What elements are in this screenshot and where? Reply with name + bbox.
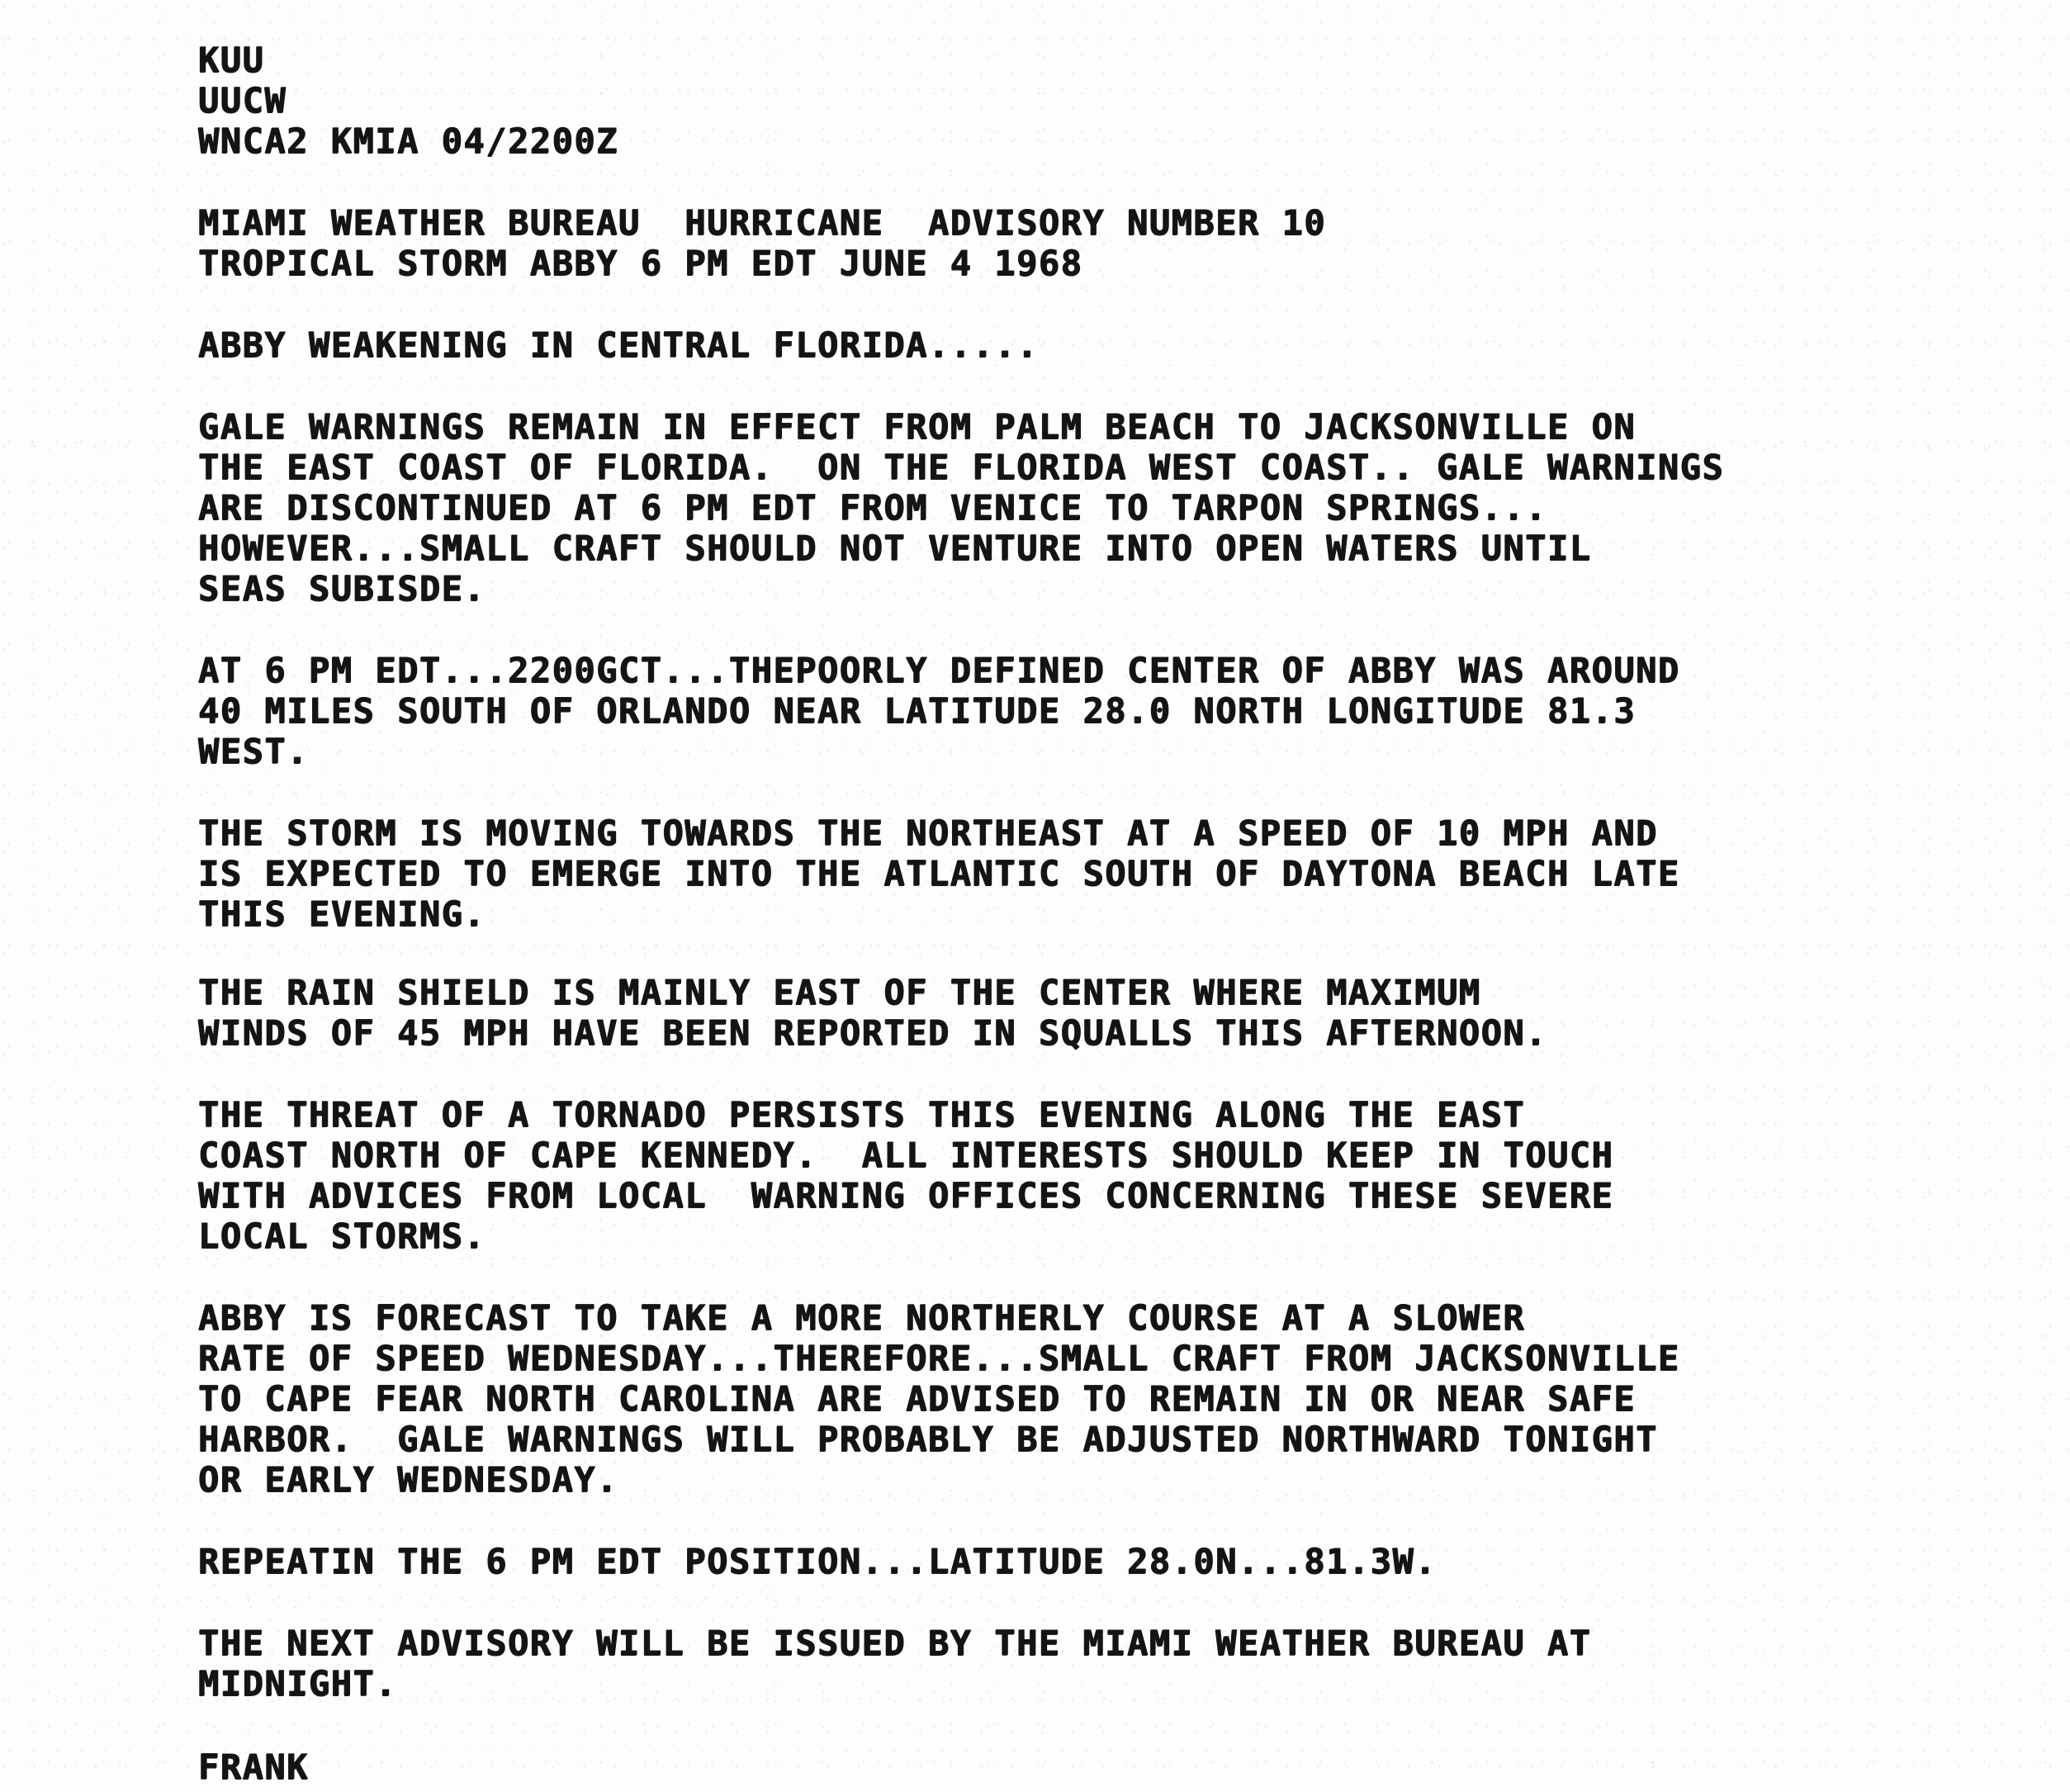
paragraph-line: ABBY IS FORECAST TO TAKE A MORE NORTHERL… — [198, 1297, 1973, 1338]
paragraph-line: 40 MILES SOUTH OF ORLANDO NEAR LATITUDE … — [198, 690, 1973, 731]
paragraph-line: COAST NORTH OF CAPE KENNEDY. ALL INTERES… — [198, 1135, 1973, 1175]
paragraph-forecast: ABBY IS FORECAST TO TAKE A MORE NORTHERL… — [198, 1297, 1973, 1500]
routing-header: KUU UUCW WNCA2 KMIA 04/2200Z — [198, 40, 1973, 161]
paragraph-line: HOWEVER...SMALL CRAFT SHOULD NOT VENTURE… — [198, 528, 1973, 568]
paragraph-line: RATE OF SPEED WEDNESDAY...THEREFORE...SM… — [198, 1338, 1973, 1378]
paragraph-line: THE THREAT OF A TORNADO PERSISTS THIS EV… — [198, 1094, 1973, 1135]
paragraph-line: WITH ADVICES FROM LOCAL WARNING OFFICES … — [198, 1175, 1973, 1216]
advisory-title: MIAMI WEATHER BUREAU HURRICANE ADVISORY … — [198, 202, 1973, 283]
paragraph-storm-movement: THE STORM IS MOVING TOWARDS THE NORTHEAS… — [198, 813, 1973, 934]
headline-text: ABBY WEAKENING IN CENTRAL FLORIDA..... — [198, 325, 1973, 365]
paragraph-line: ARE DISCONTINUED AT 6 PM EDT FROM VENICE… — [198, 487, 1973, 528]
paragraph-line: THE STORM IS MOVING TOWARDS THE NORTHEAS… — [198, 813, 1973, 853]
paragraph-line: MIDNIGHT. — [198, 1663, 1973, 1704]
advisory-headline: ABBY WEAKENING IN CENTRAL FLORIDA..... — [198, 325, 1973, 365]
title-line: MIAMI WEATHER BUREAU HURRICANE ADVISORY … — [198, 202, 1973, 243]
signature: FRANK — [198, 1747, 1973, 1787]
routing-code-line: WNCA2 KMIA 04/2200Z — [198, 121, 1973, 161]
paragraph-tornado-threat: THE THREAT OF A TORNADO PERSISTS THIS EV… — [198, 1094, 1973, 1256]
paragraph-line: TO CAPE FEAR NORTH CAROLINA ARE ADVISED … — [198, 1378, 1973, 1419]
paragraph-storm-position: AT 6 PM EDT...2200GCT...THEPOORLY DEFINE… — [198, 650, 1973, 771]
paragraph-next-advisory: THE NEXT ADVISORY WILL BE ISSUED BY THE … — [198, 1623, 1973, 1704]
paragraph-repeat-position: REPEATIN THE 6 PM EDT POSITION...LATITUD… — [198, 1541, 1973, 1581]
paragraph-rain-shield: THE RAIN SHIELD IS MAINLY EAST OF THE CE… — [198, 972, 1973, 1053]
paragraph-line: HARBOR. GALE WARNINGS WILL PROBABLY BE A… — [198, 1419, 1973, 1459]
paragraph-line: AT 6 PM EDT...2200GCT...THEPOORLY DEFINE… — [198, 650, 1973, 690]
routing-code-line: UUCW — [198, 80, 1973, 121]
subtitle-line: TROPICAL STORM ABBY 6 PM EDT JUNE 4 1968 — [198, 243, 1973, 283]
paragraph-line: WEST. — [198, 731, 1973, 771]
paragraph-line: SEAS SUBISDE. — [198, 568, 1973, 609]
paragraph-line: THIS EVENING. — [198, 894, 1973, 934]
paragraph-line: IS EXPECTED TO EMERGE INTO THE ATLANTIC … — [198, 853, 1973, 894]
signature-name: FRANK — [198, 1747, 1973, 1787]
paragraph-line: REPEATIN THE 6 PM EDT POSITION...LATITUD… — [198, 1541, 1973, 1581]
paragraph-line: WINDS OF 45 MPH HAVE BEEN REPORTED IN SQ… — [198, 1012, 1973, 1053]
routing-code-line: KUU — [198, 40, 1973, 80]
paragraph-line: GALE WARNINGS REMAIN IN EFFECT FROM PALM… — [198, 406, 1973, 447]
paragraph-line: OR EARLY WEDNESDAY. — [198, 1459, 1973, 1500]
paragraph-line: THE NEXT ADVISORY WILL BE ISSUED BY THE … — [198, 1623, 1973, 1663]
paragraph-gale-warnings: GALE WARNINGS REMAIN IN EFFECT FROM PALM… — [198, 406, 1973, 609]
paragraph-line: THE EAST COAST OF FLORIDA. ON THE FLORID… — [198, 447, 1973, 487]
paragraph-line: LOCAL STORMS. — [198, 1216, 1973, 1256]
teletype-advisory-document: KUU UUCW WNCA2 KMIA 04/2200Z MIAMI WEATH… — [198, 40, 1973, 1787]
paragraph-line: THE RAIN SHIELD IS MAINLY EAST OF THE CE… — [198, 972, 1973, 1012]
